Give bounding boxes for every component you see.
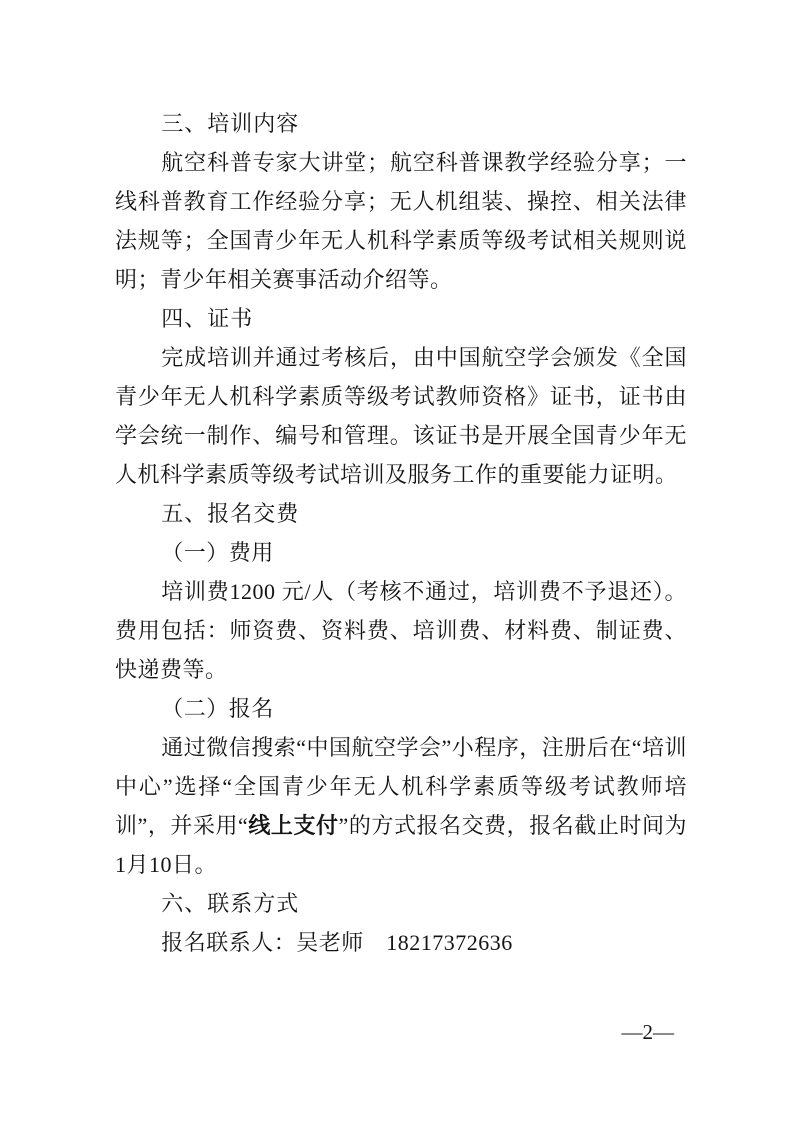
subheading-signup: （二）报名 <box>115 689 687 728</box>
subheading-fee: （一）费用 <box>115 533 687 572</box>
document-content: 三、培训内容 航空科普专家大讲堂；航空科普课教学经验分享；一线科普教育工作经验分… <box>115 104 687 962</box>
paragraph-contact: 报名联系人：吴老师 18217372636 <box>115 923 687 962</box>
section-heading-registration-payment: 五、报名交费 <box>115 494 687 533</box>
paragraph-certificate: 完成培训并通过考核后，由中国航空学会颁发《全国青少年无人机科学素质等级考试教师资… <box>115 338 687 494</box>
online-payment-bold-text: 线上支付 <box>248 813 338 838</box>
section-heading-contact: 六、联系方式 <box>115 884 687 923</box>
document-page: 三、培训内容 航空科普专家大讲堂；航空科普课教学经验分享；一线科普教育工作经验分… <box>0 0 794 1123</box>
page-number: —2— <box>622 1019 675 1045</box>
paragraph-signup: 通过微信搜索“中国航空学会”小程序，注册后在“培训中心”选择“全国青少年无人机科… <box>115 728 687 884</box>
paragraph-fee: 培训费1200 元/人（考核不通过，培训费不予退还）。费用包括：师资费、资料费、… <box>115 572 687 689</box>
section-heading-certificate: 四、证书 <box>115 299 687 338</box>
section-heading-training-content: 三、培训内容 <box>115 104 687 143</box>
paragraph-training-content: 航空科普专家大讲堂；航空科普课教学经验分享；一线科普教育工作经验分享；无人机组装… <box>115 143 687 299</box>
